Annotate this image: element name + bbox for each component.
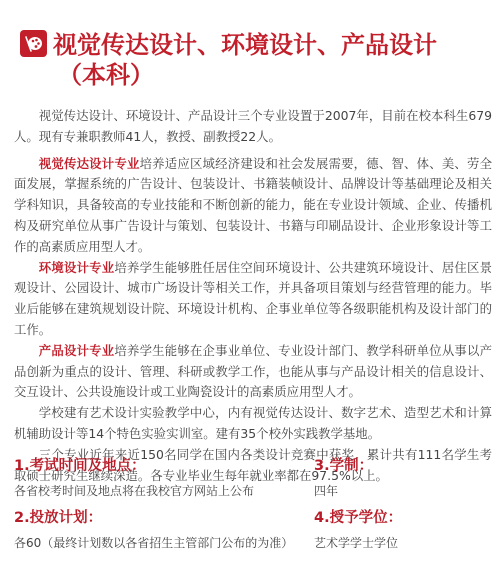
major-paragraph-product: 产品设计专业培养学生能够在企事业单位、专业设计部门、教学科研单位从事以产品创新为… — [14, 341, 492, 403]
page-title: 视觉传达设计、环境设计、产品设计 （本科） — [20, 30, 500, 90]
info-heading: 1.考试时间及地点： — [14, 456, 254, 476]
admission-info: 1.考试时间及地点： 各省校考时间及地点将在我校官方网站上公布 3.学制： 四年… — [14, 456, 494, 556]
major-name: 环境设计专业 — [39, 260, 115, 275]
intro-paragraph: 视觉传达设计、环境设计、产品设计三个专业设置于2007年，目前在校本科生679人… — [14, 106, 492, 148]
info-heading: 3.学制： — [314, 456, 373, 476]
facilities-paragraph: 学校建有艺术设计实验教学中心，内有视觉传达设计、数字艺术、造型艺术和计算机辅助设… — [14, 403, 492, 445]
title-text-1: 视觉传达设计、环境设计、产品设计 — [53, 31, 437, 59]
info-exam: 1.考试时间及地点： 各省校考时间及地点将在我校官方网站上公布 — [14, 456, 254, 500]
info-degree: 4.授予学位： 艺术学学士学位 — [314, 508, 402, 552]
article-body: 视觉传达设计、环境设计、产品设计三个专业设置于2007年，目前在校本科生679人… — [14, 106, 492, 486]
info-value: 艺术学学士学位 — [314, 534, 402, 552]
info-value: 四年 — [314, 482, 373, 500]
major-name: 产品设计专业 — [39, 343, 115, 358]
info-duration: 3.学制： 四年 — [314, 456, 373, 500]
major-name: 视觉传达设计专业 — [39, 156, 140, 171]
info-heading: 2.投放计划： — [14, 508, 293, 528]
info-value: 各省校考时间及地点将在我校官方网站上公布 — [14, 482, 254, 500]
info-plan: 2.投放计划： 各60（最终计划数以各省招生主管部门公布的为准） — [14, 508, 293, 552]
palette-icon — [20, 30, 47, 57]
major-paragraph-visual: 视觉传达设计专业培养适应区域经济建设和社会发展需要，德、智、体、美、劳全面发展，… — [14, 154, 492, 258]
info-heading: 4.授予学位： — [314, 508, 402, 528]
major-paragraph-environment: 环境设计专业培养学生能够胜任居住空间环境设计、公共建筑环境设计、居住区景观设计、… — [14, 258, 492, 341]
title-line-1: 视觉传达设计、环境设计、产品设计 — [20, 30, 500, 60]
info-value: 各60（最终计划数以各省招生主管部门公布的为准） — [14, 534, 293, 552]
title-line-2: （本科） — [20, 60, 500, 90]
